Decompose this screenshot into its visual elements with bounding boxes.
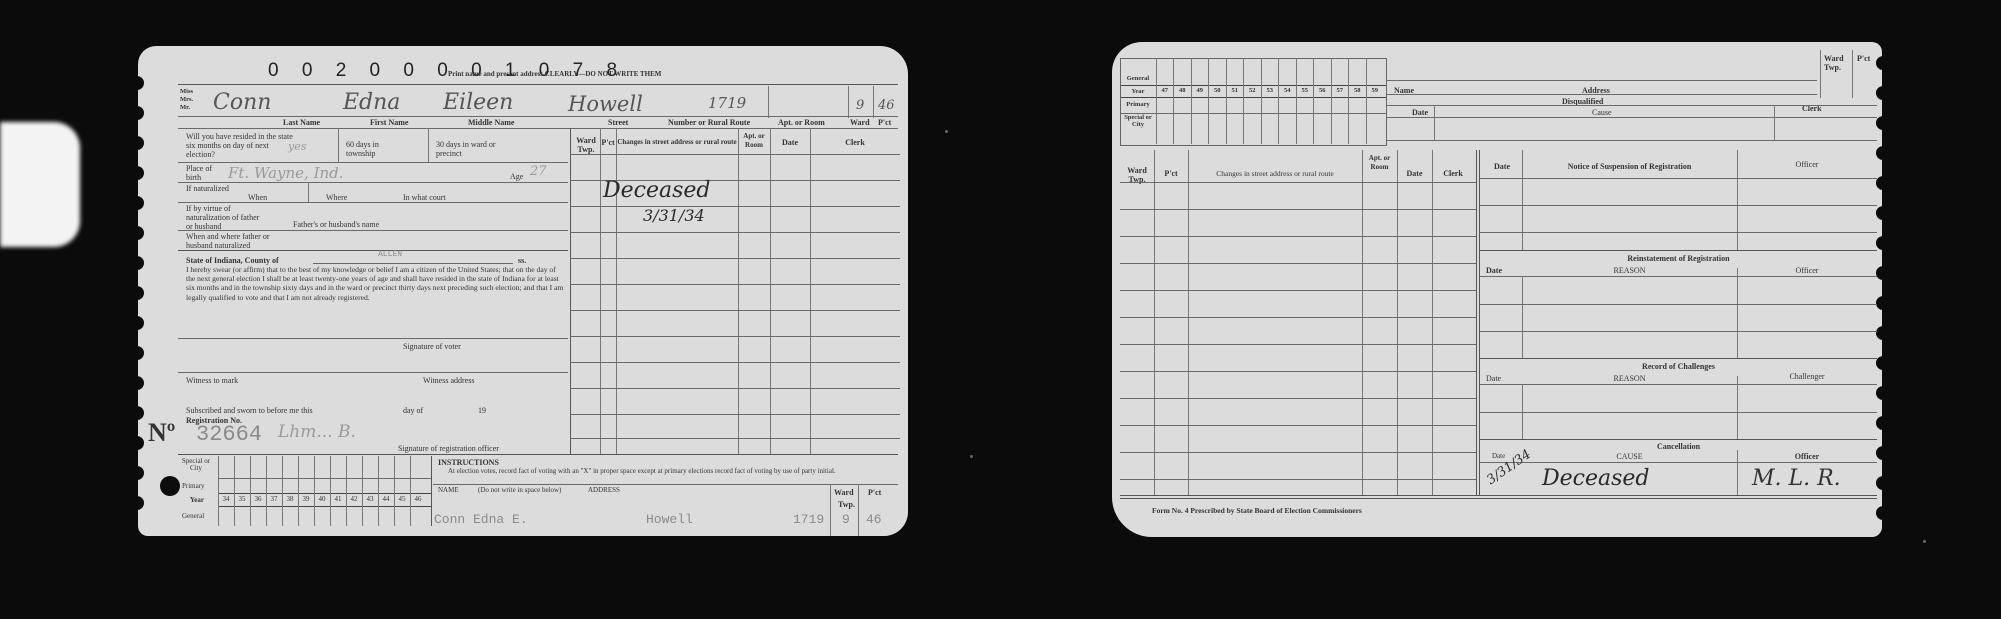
scan-glare bbox=[0, 122, 80, 247]
oath-text: I hereby swear (or affirm) that to the b… bbox=[186, 265, 566, 302]
number-symbol: Nº bbox=[148, 418, 175, 448]
stamp-street: Howell bbox=[646, 512, 693, 527]
pct-value: 46 bbox=[878, 98, 895, 113]
first-name-value: Edna bbox=[343, 90, 400, 115]
registration-number: 32664 bbox=[196, 422, 262, 447]
form-footer: Form No. 4 Prescribed by State Board of … bbox=[1152, 506, 1362, 515]
dust-speck bbox=[945, 130, 948, 133]
cancellation-officer-initials: M. L. R. bbox=[1752, 466, 1841, 491]
registration-officer-signature: Lhm... B. bbox=[278, 422, 356, 442]
middle-name-value: Eileen bbox=[443, 90, 513, 115]
age-value: 27 bbox=[530, 164, 547, 179]
ward-value: 9 bbox=[856, 98, 864, 113]
punch-hole bbox=[160, 476, 180, 496]
stamp-pct: 46 bbox=[866, 512, 882, 527]
deceased-annotation: Deceased bbox=[603, 178, 711, 203]
county-value: ALLEN bbox=[378, 250, 402, 259]
title-prefixes: MissMrs.Mr. bbox=[180, 88, 193, 112]
house-number-value: 1719 bbox=[708, 94, 746, 112]
deceased-date: 3/31/34 bbox=[643, 206, 705, 225]
stamp-number: 1719 bbox=[793, 512, 824, 527]
street-value: Howell bbox=[568, 92, 643, 116]
back-voting-grid bbox=[1120, 58, 1387, 146]
stamp-name: Conn Edna E. bbox=[434, 512, 528, 527]
signature-of-voter-label: Signature of voter bbox=[403, 342, 461, 351]
cancellation-cause: Deceased bbox=[1542, 466, 1650, 491]
dust-speck bbox=[1923, 540, 1926, 543]
last-name-value: Conn bbox=[213, 90, 271, 115]
stamp-ward: 9 bbox=[842, 512, 850, 527]
header-instruction: Print name and present address CLEARLY—D… bbox=[448, 70, 661, 79]
registration-card-front: 0 0 2 0 0 0 0 1 0 7 8 Print name and pre… bbox=[138, 46, 908, 536]
birthplace-value: Ft. Wayne, Ind. bbox=[228, 164, 344, 182]
dust-speck bbox=[970, 455, 973, 458]
instructions-title: INSTRUCTIONS bbox=[438, 458, 499, 467]
registration-card-back: General Year Primary Special or City 47 … bbox=[1112, 42, 1882, 537]
